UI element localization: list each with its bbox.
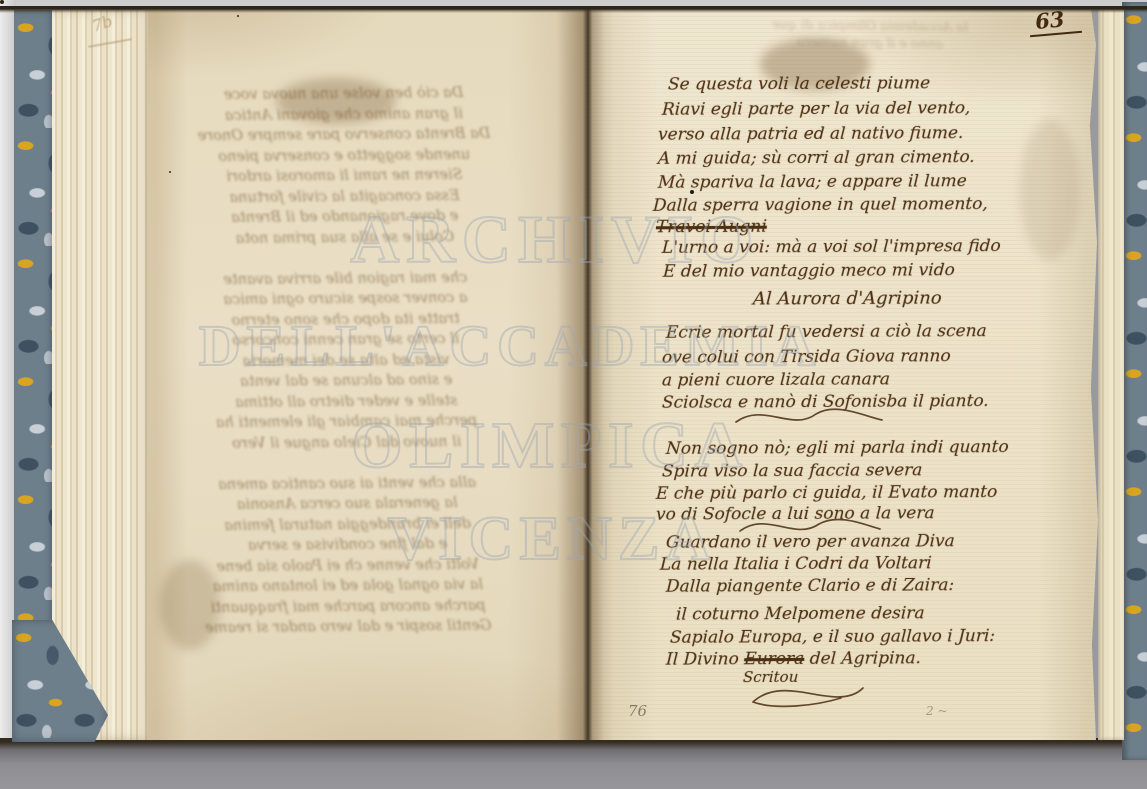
- poem-heading: Al Aurora d'Agripino: [752, 288, 942, 310]
- poem-line: Sapialo Europa, e il suo gallavo i Juri:: [669, 626, 995, 648]
- poem-line: E del mio vantaggio meco mi vido: [662, 260, 955, 282]
- poem-line: La nella Italia i Codri da Voltari: [659, 553, 932, 574]
- left-page-bleedthrough-text: Da ciò ben volse una nuova voce il gran …: [158, 82, 535, 641]
- bleed-line: Gentil sospir e dal vero andar si reame: [162, 615, 534, 639]
- margin-note-pencil: 2 ~: [926, 704, 948, 718]
- poem-line: Dalla piangente Clario e di Zaira:: [665, 575, 954, 597]
- page-edges-stack-right: [1098, 8, 1124, 740]
- poem-line: A mi guida; sù corri al gran cimento.: [657, 147, 975, 169]
- book-top-edge-line: [0, 6, 1147, 13]
- poem-line: E che più parlo ci guida, il Evato manto: [655, 482, 997, 504]
- folio-number-pencil: 76: [628, 702, 647, 720]
- flourish-divider: [730, 406, 890, 430]
- bleed-line: Da Brenta conservo pare sempre Onore: [158, 123, 530, 147]
- right-page-bleedthrough-top: la Accademia Olimpica di que anno e il g…: [660, 14, 1081, 69]
- bleed-line: perche mai cambiar gli elementi ha: [160, 410, 532, 434]
- poem-line: Ecrie mortal fu vedersi a ciò la scena: [665, 321, 987, 343]
- poem-line-segment: Il Divino: [665, 649, 744, 669]
- paper-stain: [1020, 120, 1080, 260]
- poem-line-segment: del Agripina.: [804, 648, 922, 669]
- poem-line: Dalla sperra vagione in quel momento,: [652, 194, 988, 216]
- poem-line: L'urno a voi: mà a voi sol l'impresa fid…: [661, 236, 1001, 258]
- book-gutter-shadow: [556, 8, 620, 740]
- flourish-signature: [745, 680, 875, 712]
- crossed-out-word: Eurora: [744, 649, 805, 669]
- poem-line: Non sogno nò; egli mi parla indi quanto: [665, 437, 1009, 459]
- poem-line-with-correction: Il Divino Eurora del Agripina.: [665, 648, 921, 669]
- ink-specks: [0, 0, 4, 4]
- poem-line: Guardano il vero per avanza Diva: [665, 531, 955, 553]
- poem-line: ove colui con Tirsida Giova ranno: [661, 346, 951, 368]
- page-edges-stack-left: [52, 10, 154, 740]
- bleed-line: la via ognal gola ed ei lontano anima: [162, 574, 534, 598]
- poem-line: verso alla patria ed al nativo fiume.: [657, 123, 963, 145]
- poem-line-crossed-out: Travoi Augni: [656, 217, 768, 238]
- poem-line: Riavi egli parte per la via del vento,: [661, 98, 970, 120]
- poem-line: a pieni cuore lizala canara: [661, 369, 890, 390]
- marbled-cover-right-edge: [1122, 2, 1147, 760]
- poem-line: il coturno Melpomene desira: [675, 603, 925, 624]
- poem-line: Se questa voli la celesti piume: [667, 73, 930, 94]
- scanner-background-bottom: [0, 738, 1147, 789]
- poem-line: Mà spariva la lava; e appare il lume: [657, 171, 967, 193]
- poem-line: Spira viso la sua faccia severa: [661, 460, 922, 481]
